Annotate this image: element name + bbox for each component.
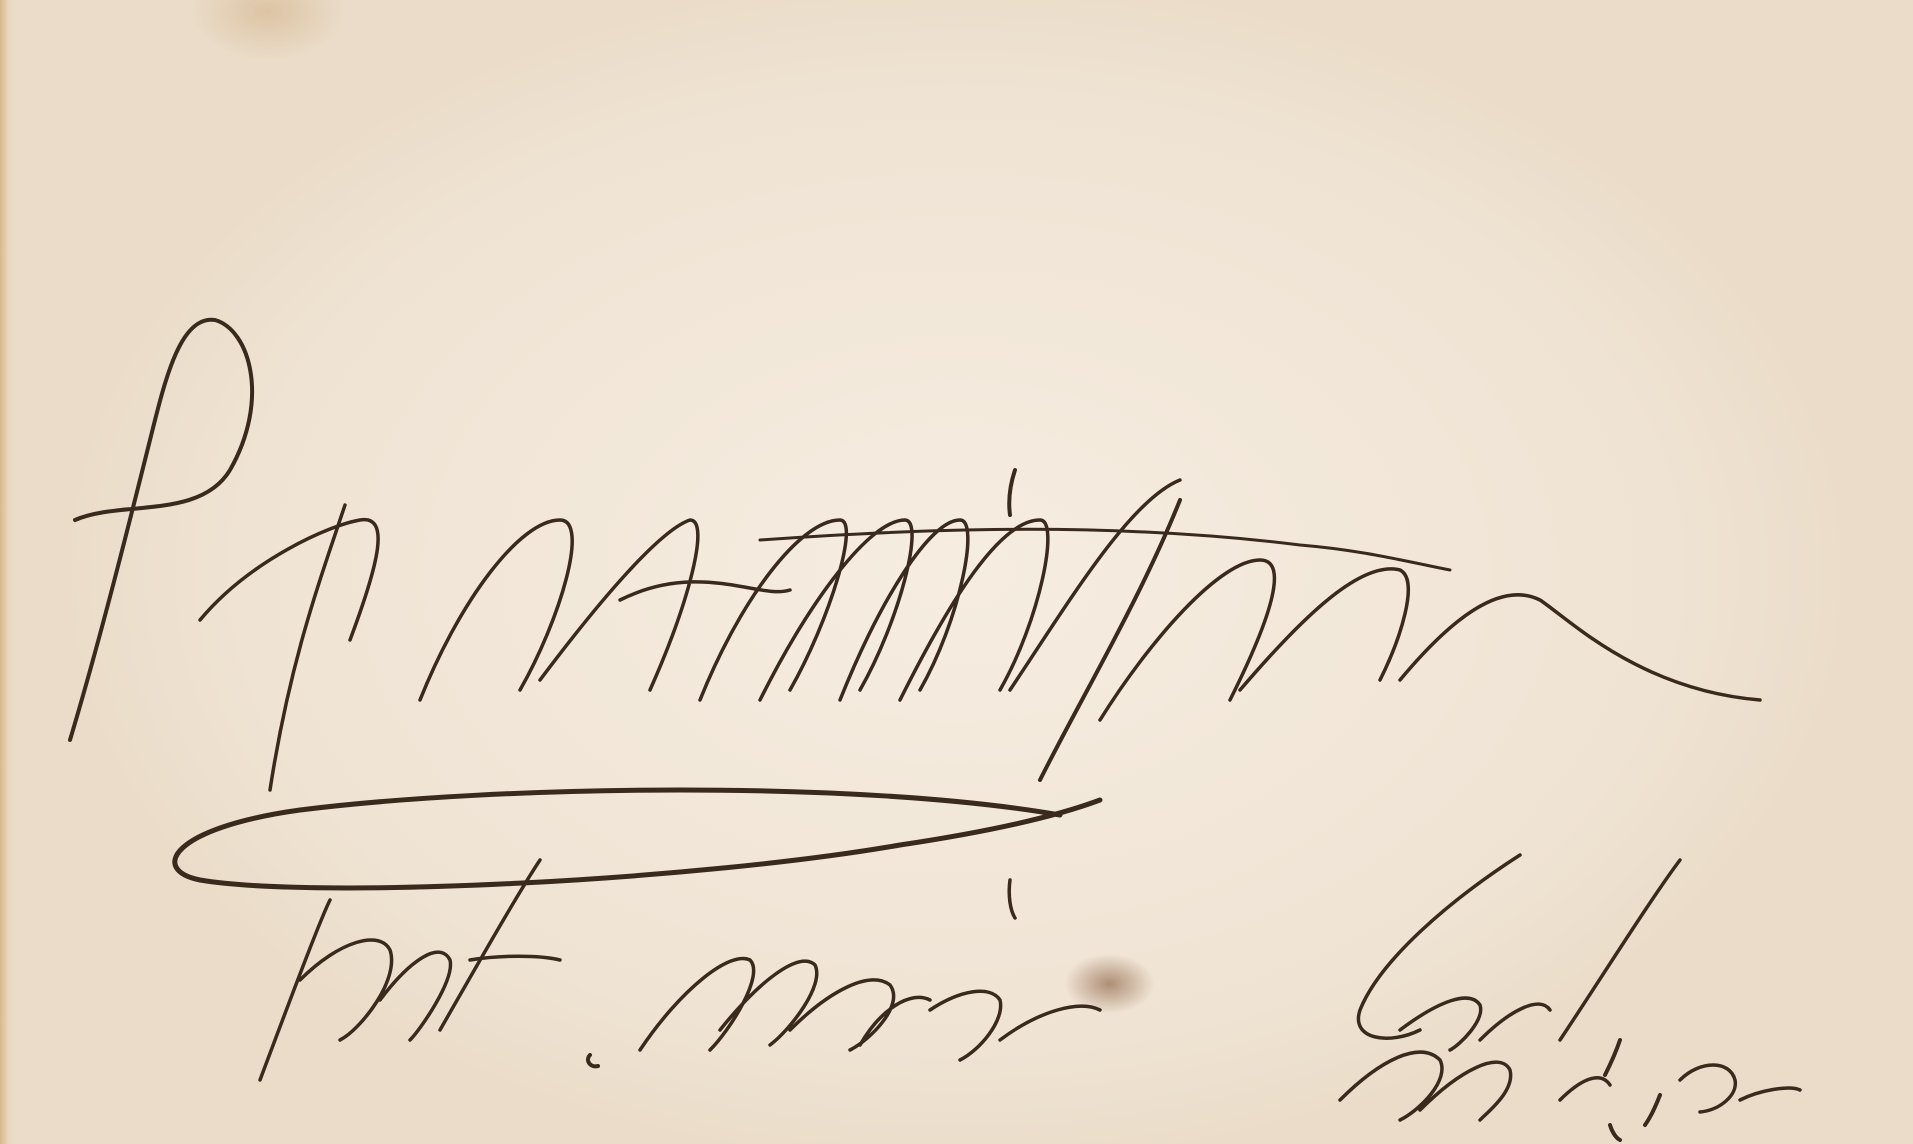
comma-genl xyxy=(1605,1040,1620,1075)
affiliation-usa xyxy=(1340,1052,1800,1120)
initial-s xyxy=(70,320,252,740)
surname-tail xyxy=(1100,560,1760,720)
surname-strokes xyxy=(420,480,1180,700)
rank-genl xyxy=(1358,855,1680,1050)
rank-major xyxy=(640,880,1100,1060)
period-bvt xyxy=(588,1055,598,1066)
underline-flourish xyxy=(175,790,1100,888)
i-dot xyxy=(1009,470,1015,515)
calling-card: S. P. Heintzelman Bvt. Major Genl. U.S.A… xyxy=(0,0,1913,1144)
rank-bvt xyxy=(260,860,560,1080)
signature-ink xyxy=(0,0,1913,1144)
initial-p xyxy=(200,505,378,790)
dot-usa xyxy=(1610,1125,1620,1140)
comma-usa xyxy=(1645,1095,1660,1125)
